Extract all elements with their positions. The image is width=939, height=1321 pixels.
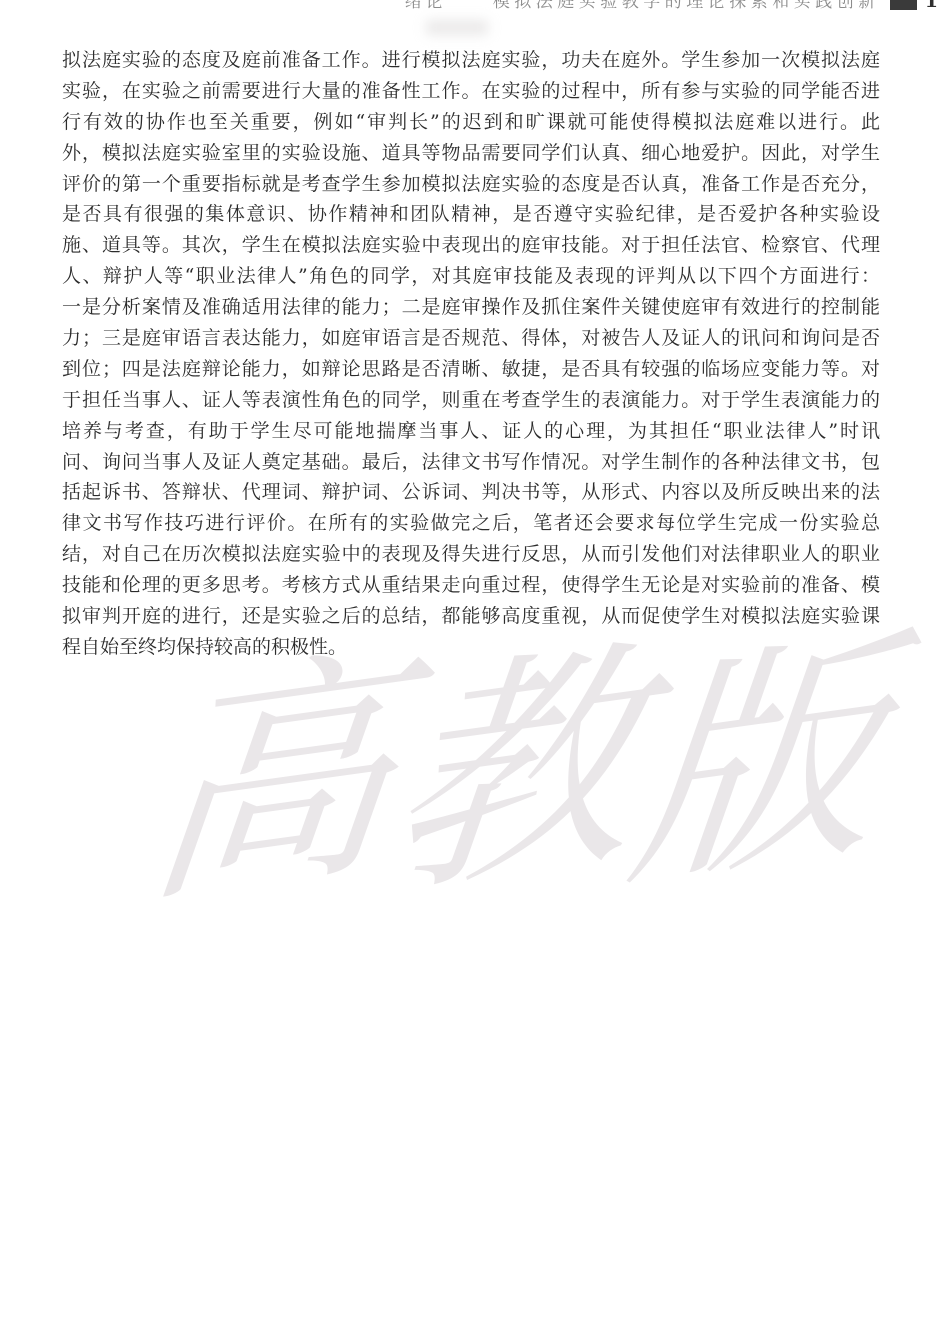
text-line: 到位；四是法庭辩论能力，如辩论思路是否清晰、敏捷，是否具有较强的临场应变能力等。… <box>62 354 880 385</box>
header-book-title: 模拟法庭实验教学的理论探索和实践创新 <box>493 0 880 12</box>
text-line: 一是分析案情及准确适用法律的能力；二是庭审操作及抓住案件关键使庭审有效进行的控制… <box>62 292 880 323</box>
text-line: 评价的第一个重要指标就是考查学生参加模拟法庭实验的态度是否认真，准备工作是否充分… <box>62 169 880 200</box>
page-number: 1 <box>925 0 938 12</box>
text-line: 律文书写作技巧进行评价。在所有的实验做完之后，笔者还会要求每位学生完成一份实验总 <box>62 508 880 539</box>
text-line: 实验，在实验之前需要进行大量的准备性工作。在实验的过程中，所有参与实验的同学能否… <box>62 76 880 107</box>
scanned-page: 绪论 模拟法庭实验教学的理论探索和实践创新 1 拟法庭实验的态度及庭前准备工作。… <box>0 0 939 1321</box>
text-line: 施、道具等。其次，学生在模拟法庭实验中表现出的庭审技能。对于担任法官、检察官、代… <box>62 230 880 261</box>
scan-smudge-artifact <box>426 20 488 35</box>
text-line: 程自始至终均保持较高的积极性。 <box>62 632 880 663</box>
watermark-character: 教 <box>376 621 651 925</box>
text-line: 培养与考查，有助于学生尽可能地揣摩当事人、证人的心理，为其担任“职业法律人”时讯 <box>62 416 880 447</box>
text-line: 技能和伦理的更多思考。考核方式从重结果走向重过程，使得学生无论是对实验前的准备、… <box>62 570 880 601</box>
text-line: 问、询问当事人及证人奠定基础。最后，法律文书写作情况。对学生制作的各种法律文书，… <box>62 447 880 478</box>
text-line: 于担任当事人、证人等表演性角色的同学，则重在考查学生的表演能力。对于学生表演能力… <box>62 385 880 416</box>
text-line: 行有效的协作也至关重要，例如“审判长”的迟到和旷课就可能使得模拟法庭难以进行。此 <box>62 107 880 138</box>
text-line: 拟审判开庭的进行，还是实验之后的总结，都能够高度重视，从而促使学生对模拟法庭实验… <box>62 601 880 632</box>
text-line: 拟法庭实验的态度及庭前准备工作。进行模拟法庭实验，功夫在庭外。学生参加一次模拟法… <box>62 45 880 76</box>
text-line: 人、辩护人等“职业法律人”角色的同学，对其庭审技能及表现的评判从以下四个方面进行… <box>62 261 880 292</box>
page-number-marker <box>890 0 917 10</box>
text-line: 括起诉书、答辩状、代理词、辩护词、公诉词、判决书等，从形式、内容以及所反映出来的… <box>62 477 880 508</box>
header-chapter-label: 绪论 <box>405 0 447 12</box>
body-text: 拟法庭实验的态度及庭前准备工作。进行模拟法庭实验，功夫在庭外。学生参加一次模拟法… <box>62 45 880 663</box>
publisher-watermark: 高教版 <box>146 625 883 920</box>
page-header: 绪论 模拟法庭实验教学的理论探索和实践创新 1 <box>405 0 938 12</box>
text-line: 力；三是庭审语言表达能力，如庭审语言是否规范、得体，对被告人及证人的讯问和询问是… <box>62 323 880 354</box>
text-line: 是否具有很强的集体意识、协作精神和团队精神，是否遵守实验纪律，是否爱护各种实验设 <box>62 199 880 230</box>
text-line: 结，对自己在历次模拟法庭实验中的表现及得失进行反思，从而引发他们对法律职业人的职… <box>62 539 880 570</box>
watermark-character: 高 <box>134 630 409 934</box>
text-line: 外，模拟法庭实验室里的实验设施、道具等物品需要同学们认真、细心地爱护。因此，对学… <box>62 138 880 169</box>
